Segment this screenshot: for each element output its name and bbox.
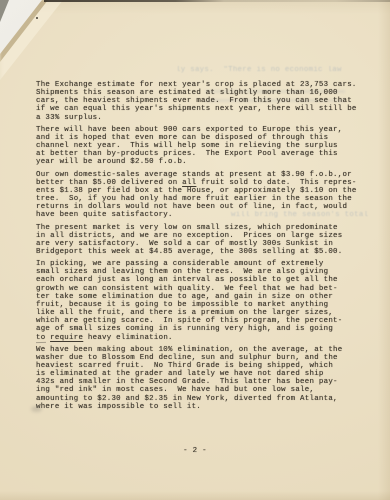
text-segment: better than $5.00 delivered on bbox=[36, 179, 182, 187]
text-segment: is eliminated at the grader and lately w… bbox=[36, 370, 324, 378]
text-line: We have been making about 10% eliminatio… bbox=[36, 346, 374, 354]
document-text-block: The Exchange estimate for next year's cr… bbox=[36, 81, 374, 415]
text-line: growth we can consistent with quality. W… bbox=[36, 285, 374, 293]
text-line: like all the fruit, and there is a premi… bbox=[36, 309, 374, 317]
text-line: washer due to Blossom End decline, sun a… bbox=[36, 354, 374, 362]
text-segment: each orchard just as long an interval as… bbox=[36, 276, 338, 284]
text-segment: returns in dollars would not have been o… bbox=[36, 203, 347, 211]
text-segment: amounting to $2.30 and $2.35 in New York… bbox=[36, 395, 338, 403]
text-segment: a 33% surplus. bbox=[36, 114, 102, 122]
text-line: in all districts, and we are no exceptio… bbox=[36, 232, 374, 240]
text-line: if we can equal this year's shipments ne… bbox=[36, 105, 374, 113]
text-segment: ing "red ink" in most cases. We have had… bbox=[36, 386, 314, 394]
scanned-letter-page: ly says. "There is no economic law will … bbox=[0, 0, 390, 500]
text-segment: heaviest scarred fruit. No Third Grade i… bbox=[36, 362, 333, 370]
text-segment: year will be around $2.50 f.o.b. bbox=[36, 158, 187, 166]
text-segment: ter take some elimination due to age, an… bbox=[36, 293, 333, 301]
scan-smudge bbox=[31, 406, 42, 412]
text-segment: fruit, because it is going to be impossi… bbox=[36, 301, 328, 309]
text-line: a 33% surplus. bbox=[36, 114, 374, 122]
text-line: amounting to $2.30 and $2.35 in New York… bbox=[36, 395, 374, 403]
text-segment: Our own domestic-sales average stands at… bbox=[36, 171, 352, 179]
text-line: have been quite satisfactory. bbox=[36, 211, 374, 219]
text-line: fruit, because it is going to be impossi… bbox=[36, 301, 374, 309]
text-line: where it was impossible to sell it. bbox=[36, 403, 374, 411]
text-line: Our own domestic-sales average stands at… bbox=[36, 171, 374, 179]
text-line: The Exchange estimate for next year's cr… bbox=[36, 81, 374, 89]
scan-top-edge-shadow bbox=[44, 0, 390, 2]
text-segment: Bridgeport this week at $4.85 average, t… bbox=[36, 248, 342, 256]
text-line: year will be around $2.50 f.o.b. bbox=[36, 158, 374, 166]
paragraph: There will have been about 900 cars expo… bbox=[36, 126, 374, 167]
text-segment: like all the fruit, and there is a premi… bbox=[36, 309, 333, 317]
text-segment: washer due to Blossom End decline, sun a… bbox=[36, 354, 338, 362]
text-line: each orchard just as long an interval as… bbox=[36, 276, 374, 284]
underlined-text: all bbox=[182, 179, 196, 187]
text-segment: have been quite satisfactory. bbox=[36, 211, 173, 219]
text-segment: We have been making about 10% eliminatio… bbox=[36, 346, 342, 354]
text-segment: growth we can consistent with quality. W… bbox=[36, 285, 338, 293]
text-segment: channel next year. This will help some i… bbox=[36, 142, 338, 150]
text-line: age of small sizes coming in is running … bbox=[36, 325, 374, 333]
text-segment: Shipments this season are estimated at s… bbox=[36, 89, 338, 97]
text-line: to require heavy elimination. bbox=[36, 334, 374, 342]
text-segment: to bbox=[36, 334, 50, 342]
text-line: There will have been about 900 cars expo… bbox=[36, 126, 374, 134]
page-number: - 2 - bbox=[0, 447, 390, 455]
text-segment: The Exchange estimate for next year's cr… bbox=[36, 81, 357, 89]
text-line: The present market is very low on small … bbox=[36, 224, 374, 232]
paragraph: The Exchange estimate for next year's cr… bbox=[36, 81, 374, 122]
ghost-bleedthrough-text: ly says. "There is no economic law bbox=[176, 66, 342, 74]
paragraph: Our own domestic-sales average stands at… bbox=[36, 171, 374, 220]
text-line: are very satisfactory. We sold a car of … bbox=[36, 240, 374, 248]
paragraph: In picking, we are passing a considerabl… bbox=[36, 260, 374, 342]
text-line: and it is hoped that even more can be di… bbox=[36, 134, 374, 142]
paragraph: The present market is very low on small … bbox=[36, 224, 374, 257]
text-line: heaviest scarred fruit. No Third Grade i… bbox=[36, 362, 374, 370]
text-segment: if we can equal this year's shipments ne… bbox=[36, 105, 357, 113]
text-segment: are very satisfactory. We sold a car of … bbox=[36, 240, 333, 248]
text-segment: In picking, we are passing a considerabl… bbox=[36, 260, 324, 268]
text-line: tree. So, if you had only had more fruit… bbox=[36, 195, 374, 203]
underlined-text: require bbox=[50, 334, 83, 342]
text-segment: The present market is very low on small … bbox=[36, 224, 338, 232]
text-segment: where it was impossible to sell it. bbox=[36, 403, 201, 411]
text-segment: heavy elimination. bbox=[83, 334, 173, 342]
text-segment: tree. So, if you had only had more fruit… bbox=[36, 195, 352, 203]
text-line: ter take some elimination due to age, an… bbox=[36, 293, 374, 301]
text-line: Bridgeport this week at $4.85 average, t… bbox=[36, 248, 374, 256]
text-line: ing "red ink" in most cases. We have had… bbox=[36, 386, 374, 394]
text-segment: fruit sold to date. This repres- bbox=[196, 179, 356, 187]
text-segment: age of small sizes coming in is running … bbox=[36, 325, 333, 333]
paragraph: We have been making about 10% eliminatio… bbox=[36, 346, 374, 411]
text-segment: in all districts, and we are no exceptio… bbox=[36, 232, 342, 240]
text-segment: ents $1.38 per field box at the House, o… bbox=[36, 187, 357, 195]
text-segment: and it is hoped that even more can be di… bbox=[36, 134, 328, 142]
text-line: better than $5.00 delivered on all fruit… bbox=[36, 179, 374, 187]
text-line: ents $1.38 per field box at the House, o… bbox=[36, 187, 374, 195]
text-segment: There will have been about 900 cars expo… bbox=[36, 126, 342, 134]
